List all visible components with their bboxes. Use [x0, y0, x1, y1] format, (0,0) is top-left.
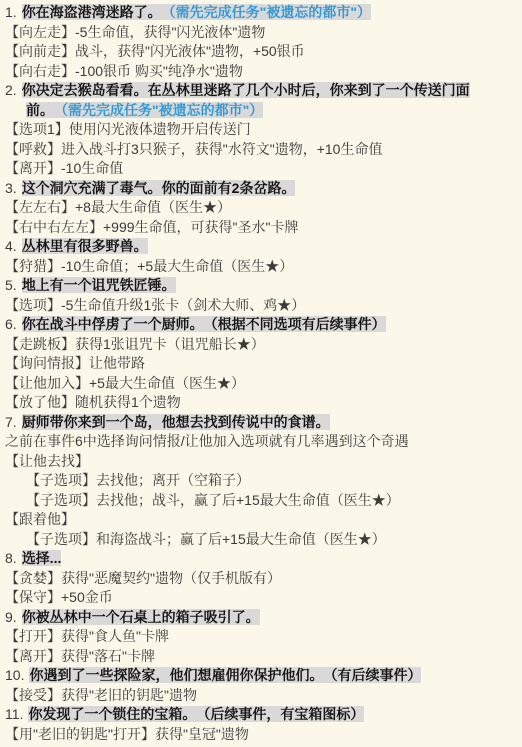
option-line: 【贪婪】获得"恶魔契约"遗物（仅手机版有） — [5, 569, 520, 589]
option-line: 【放了他】随机获得1个遗物 — [5, 393, 520, 413]
option-text: 【询问情报】让他带路 — [5, 355, 145, 371]
option-line: 【让他去找】 — [5, 452, 520, 472]
option-text: 【跟着他】 — [5, 511, 75, 527]
option-line: 【保守】+50金币 — [5, 588, 520, 608]
event-number: 1. — [5, 4, 17, 20]
option-text: 【子选项】去找他；离开（空箱子） — [26, 472, 250, 488]
option-text: 【贪婪】获得"恶魔契约"遗物（仅手机版有） — [5, 570, 281, 586]
option-text: 【子选项】去找他；战斗，赢了后+15最大生命值（医生★） — [26, 492, 400, 508]
option-text: 【接受】获得"老旧的钥匙"遗物 — [5, 687, 197, 703]
option-line: 【呼救】进入战斗打3只猴子，获得"水符文"遗物，+10生命值 — [5, 140, 520, 160]
sub-option-line: 【子选项】去找他；离开（空箱子） — [5, 471, 520, 491]
event-title-text: 你发现了一个锁住的宝箱。 （后续事件，有宝箱图标） — [28, 706, 364, 722]
option-line: 【让他加入】+5最大生命值（医生★） — [5, 374, 520, 394]
option-text: 【打开】获得"食人鱼"卡牌 — [5, 628, 169, 644]
option-text: 【呼救】进入战斗打3只猴子，获得"水符文"遗物，+10生命值 — [5, 141, 382, 157]
option-text: 【让他加入】+5最大生命值（医生★） — [5, 375, 245, 391]
option-text: 【右中右左左】+999生命值，可获得"圣水"卡牌 — [5, 219, 298, 235]
option-text: 之前在事件6中选择询问情报/让他加入选项就有几率遇到这个奇遇 — [5, 433, 409, 449]
option-line: 【走跳板】获得1张诅咒卡（诅咒船长★） — [5, 335, 520, 355]
option-line: 【接受】获得"老旧的钥匙"遗物 — [5, 686, 520, 706]
event-title-text: 前。 — [26, 102, 47, 118]
event-title-text: 选择... — [22, 550, 62, 566]
option-text: 【向前走】战斗，获得"闪光液体"遗物，+50银币 — [5, 43, 305, 59]
event-number: 2. — [5, 82, 17, 98]
event-title-line: 6.你在战斗中俘虏了一个厨师。 （根据不同选项有后续事件） — [5, 315, 520, 335]
event-title-line: 11.你发现了一个锁住的宝箱。 （后续事件，有宝箱图标） — [5, 705, 520, 725]
option-line: 【左左右】+8最大生命值（医生★） — [5, 198, 520, 218]
event-title-continuation-line: 前。 （需先完成任务"被遗忘的都市"） — [5, 101, 520, 121]
event-number: 10. — [5, 667, 24, 683]
option-line: 【选项】-5生命值升级1张卡（剑术大师、鸡★） — [5, 296, 520, 316]
option-line: 【狩猎】-10生命值；+5最大生命值（医生★） — [5, 257, 520, 277]
option-text: 【保守】+50金币 — [5, 589, 113, 605]
event-title-line: 10.你遇到了一些探险家，他们想雇佣你保护他们。 （有后续事件） — [5, 666, 520, 686]
event-title-line: 3.这个洞穴充满了毒气。你的面前有2条岔路。 — [5, 179, 520, 199]
game-guide-text: 1.你在海盗港湾迷路了。 （需先完成任务"被遗忘的都市"）【向左走】-5生命值，… — [0, 0, 522, 744]
option-line: 【离开】获得"落石"卡牌 — [5, 647, 520, 667]
event-title-text: 厨师带你来到一个岛，他想去找到传说中的食谱。 — [22, 414, 330, 430]
option-line: 【跟着他】 — [5, 510, 520, 530]
option-line: 【右中右左左】+999生命值，可获得"圣水"卡牌 — [5, 218, 520, 238]
event-title-line: 4.丛林里有很多野兽。 — [5, 237, 520, 257]
event-number: 9. — [5, 609, 17, 625]
option-text: 【放了他】随机获得1个遗物 — [5, 394, 181, 410]
option-line: 【打开】获得"食人鱼"卡牌 — [5, 627, 520, 647]
event-number: 5. — [5, 277, 17, 293]
event-number: 8. — [5, 550, 17, 566]
option-text: 【狩猎】-10生命值；+5最大生命值（医生★） — [5, 258, 293, 274]
event-title-line: 8.选择... — [5, 549, 520, 569]
option-line: 【用"老旧的钥匙"打开】获得"皇冠"遗物 — [5, 725, 520, 745]
event-title-line: 7.厨师带你来到一个岛，他想去找到传说中的食谱。 — [5, 413, 520, 433]
option-line: 【向左走】-5生命值，获得"闪光液体"遗物 — [5, 23, 520, 43]
prerequisite-note: （需先完成任务"被遗忘的都市"） — [47, 102, 263, 118]
sub-option-line: 【子选项】和海盗战斗；赢了后+15最大生命值（医生★） — [5, 530, 520, 550]
option-text: 【走跳板】获得1张诅咒卡（诅咒船长★） — [5, 336, 265, 352]
event-title-line: 1.你在海盗港湾迷路了。 （需先完成任务"被遗忘的都市"） — [5, 3, 520, 23]
event-title-text: 你在海盗港湾迷路了。 — [22, 4, 155, 20]
event-title-line: 9.你被丛林中一个石桌上的箱子吸引了。 — [5, 608, 520, 628]
event-title-line: 2.你决定去猴岛看看。在丛林里迷路了几个小时后，你来到了一个传送门面 — [5, 81, 520, 101]
event-number: 3. — [5, 180, 17, 196]
option-line: 【询问情报】让他带路 — [5, 354, 520, 374]
option-text: 【向左走】-5生命值，获得"闪光液体"遗物 — [5, 24, 265, 40]
option-text: 【用"老旧的钥匙"打开】获得"皇冠"遗物 — [5, 726, 249, 742]
option-text: 【子选项】和海盗战斗；赢了后+15最大生命值（医生★） — [26, 531, 386, 547]
option-text: 【向右走】-100银币 购买"纯净水"遗物 — [5, 63, 243, 79]
option-line: 【向右走】-100银币 购买"纯净水"遗物 — [5, 62, 520, 82]
event-title-text: 地上有一个诅咒铁匠锤。 — [22, 277, 176, 293]
option-text: 【选项】-5生命值升级1张卡（剑术大师、鸡★） — [5, 297, 305, 313]
option-line: 【向前走】战斗，获得"闪光液体"遗物，+50银币 — [5, 42, 520, 62]
event-number: 7. — [5, 414, 17, 430]
option-text: 【离开】获得"落石"卡牌 — [5, 648, 155, 664]
sub-option-line: 【子选项】去找他；战斗，赢了后+15最大生命值（医生★） — [5, 491, 520, 511]
event-title-text: 你决定去猴岛看看。在丛林里迷路了几个小时后，你来到了一个传送门面 — [22, 82, 470, 98]
option-text: 【选项1】使用闪光液体遗物开启传送门 — [5, 121, 251, 137]
event-title-text: 丛林里有很多野兽。 — [22, 238, 148, 254]
event-title-line: 5.地上有一个诅咒铁匠锤。 — [5, 276, 520, 296]
option-line: 【选项1】使用闪光液体遗物开启传送门 — [5, 120, 520, 140]
option-line: 【离开】-10生命值 — [5, 159, 520, 179]
event-title-text: 你遇到了一些探险家，他们想雇佣你保护他们。 （有后续事件） — [29, 667, 421, 683]
event-title-text: 这个洞穴充满了毒气。你的面前有2条岔路。 — [22, 180, 296, 196]
event-number: 4. — [5, 238, 17, 254]
event-number: 11. — [5, 706, 23, 722]
event-title-text: 你被丛林中一个石桌上的箱子吸引了。 — [22, 609, 260, 625]
prerequisite-note: （需先完成任务"被遗忘的都市"） — [155, 4, 371, 20]
event-title-text: 你在战斗中俘虏了一个厨师。 （根据不同选项有后续事件） — [22, 316, 386, 332]
note-line: 之前在事件6中选择询问情报/让他加入选项就有几率遇到这个奇遇 — [5, 432, 520, 452]
event-number: 6. — [5, 316, 17, 332]
option-text: 【离开】-10生命值 — [5, 160, 123, 176]
option-text: 【左左右】+8最大生命值（医生★） — [5, 199, 231, 215]
option-text: 【让他去找】 — [5, 453, 89, 469]
